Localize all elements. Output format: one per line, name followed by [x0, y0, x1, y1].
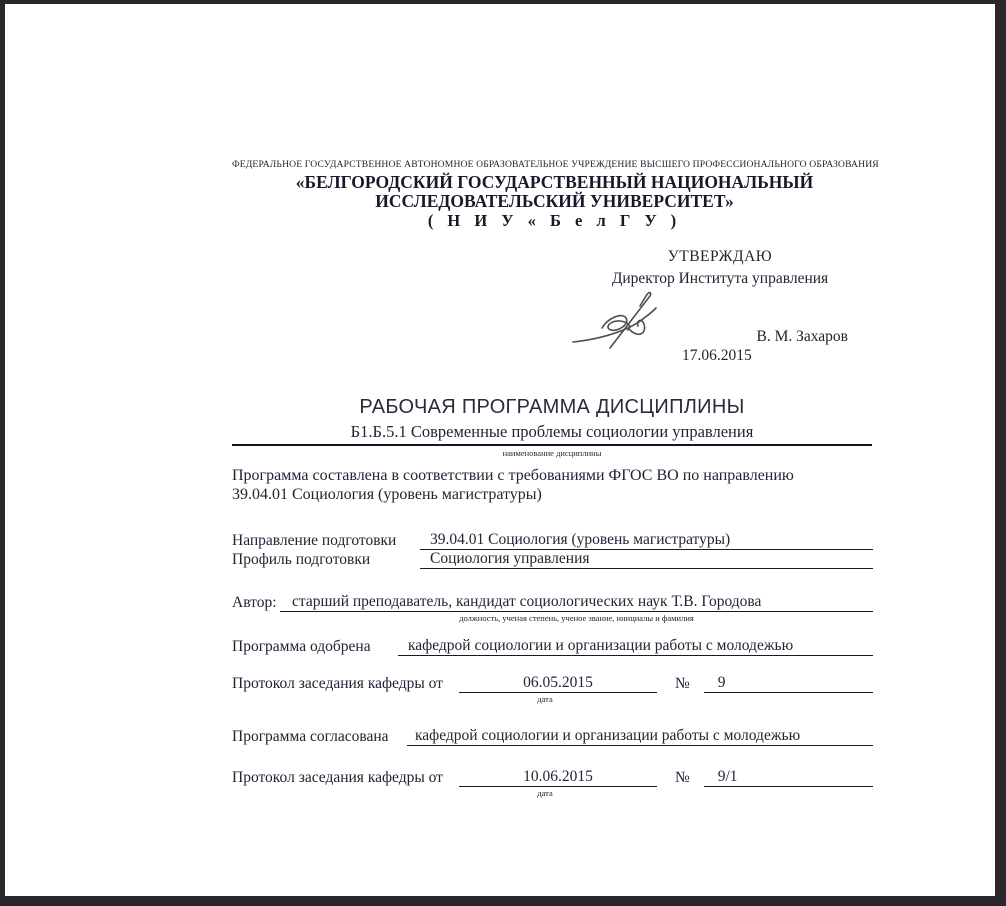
org-header: ФЕДЕРАЛЬНОЕ ГОСУДАРСТВЕННОЕ АВТОНОМНОЕ О… [232, 159, 877, 231]
discipline-caption: наименование дисциплины [232, 448, 872, 458]
protocol-row-2: Протокол заседания кафедры от 10.06.2015… [232, 767, 873, 798]
approve-date: 17.06.2015 [682, 347, 752, 365]
approved-value: кафедрой социологии и организации работы… [398, 636, 873, 656]
org-header-small-line: ФЕДЕРАЛЬНОЕ ГОСУДАРСТВЕННОЕ АВТОНОМНОЕ О… [232, 159, 877, 170]
document-title: РАБОЧАЯ ПРОГРАММА ДИСЦИПЛИНЫ [232, 396, 872, 419]
discipline-name: Б1.Б.5.1 Современные проблемы социологии… [232, 422, 872, 446]
approver-title: Директор Института управления [570, 270, 870, 288]
protocol2-number: 9/1 [704, 767, 873, 787]
field-row-direction: Направление подготовки 39.04.01 Социолог… [232, 530, 873, 550]
direction-value: 39.04.01 Социология (уровень магистратур… [420, 530, 873, 550]
org-name-line-1: «БЕЛГОРОДСКИЙ ГОСУДАРСТВЕННЫЙ НАЦИОНАЛЬН… [232, 173, 877, 192]
author-caption: должность, ученая степень, ученое звание… [280, 613, 873, 623]
protocol2-number-sign: № [675, 768, 690, 787]
field-row-author: Автор: старший преподаватель, кандидат с… [232, 592, 873, 623]
protocol1-label: Протокол заседания кафедры от [232, 674, 443, 693]
protocol2-date-caption: дата [446, 788, 644, 798]
field-row-approved: Программа одобрена кафедрой социологии и… [232, 636, 873, 656]
agreed-label: Программа согласована [232, 727, 407, 746]
protocol-row-1: Протокол заседания кафедры от 06.05.2015… [232, 673, 873, 704]
intro-paragraph: Программа составлена в соответствии с тр… [232, 467, 880, 504]
direction-label: Направление подготовки [232, 531, 420, 550]
agreed-value: кафедрой социологии и организации работы… [407, 726, 873, 746]
field-row-agreed: Программа согласована кафедрой социологи… [232, 726, 873, 746]
signature-icon [570, 288, 700, 354]
approved-label: Программа одобрена [232, 637, 398, 656]
org-abbreviation: ( Н И У « Б е л Г У ) [232, 211, 877, 231]
profile-label: Профиль подготовки [232, 550, 420, 569]
org-name-line-2: ИССЛЕДОВАТЕЛЬСКИЙ УНИВЕРСИТЕТ» [232, 192, 877, 211]
approve-stamp-label: УТВЕРЖДАЮ [570, 248, 870, 266]
title-block: РАБОЧАЯ ПРОГРАММА ДИСЦИПЛИНЫ Б1.Б.5.1 Со… [232, 396, 872, 458]
intro-line-1: Программа составлена в соответствии с тр… [232, 467, 880, 486]
field-row-profile: Профиль подготовки Социология управления [232, 549, 873, 569]
author-value: старший преподаватель, кандидат социолог… [280, 592, 873, 612]
protocol1-date: 06.05.2015 [459, 673, 657, 693]
intro-line-2: 39.04.01 Социология (уровень магистратур… [232, 486, 880, 505]
protocol1-number-sign: № [675, 674, 690, 693]
protocol1-date-caption: дата [446, 694, 644, 704]
protocol2-label: Протокол заседания кафедры от [232, 768, 443, 787]
approval-block: УТВЕРЖДАЮ Директор Института управления … [570, 248, 870, 373]
document-page: ФЕДЕРАЛЬНОЕ ГОСУДАРСТВЕННОЕ АВТОНОМНОЕ О… [5, 4, 995, 896]
protocol2-date: 10.06.2015 [459, 767, 657, 787]
author-label: Автор: [232, 593, 280, 612]
approver-name: В. М. Захаров [756, 328, 848, 346]
profile-value: Социология управления [420, 549, 873, 569]
protocol1-number: 9 [704, 673, 873, 693]
